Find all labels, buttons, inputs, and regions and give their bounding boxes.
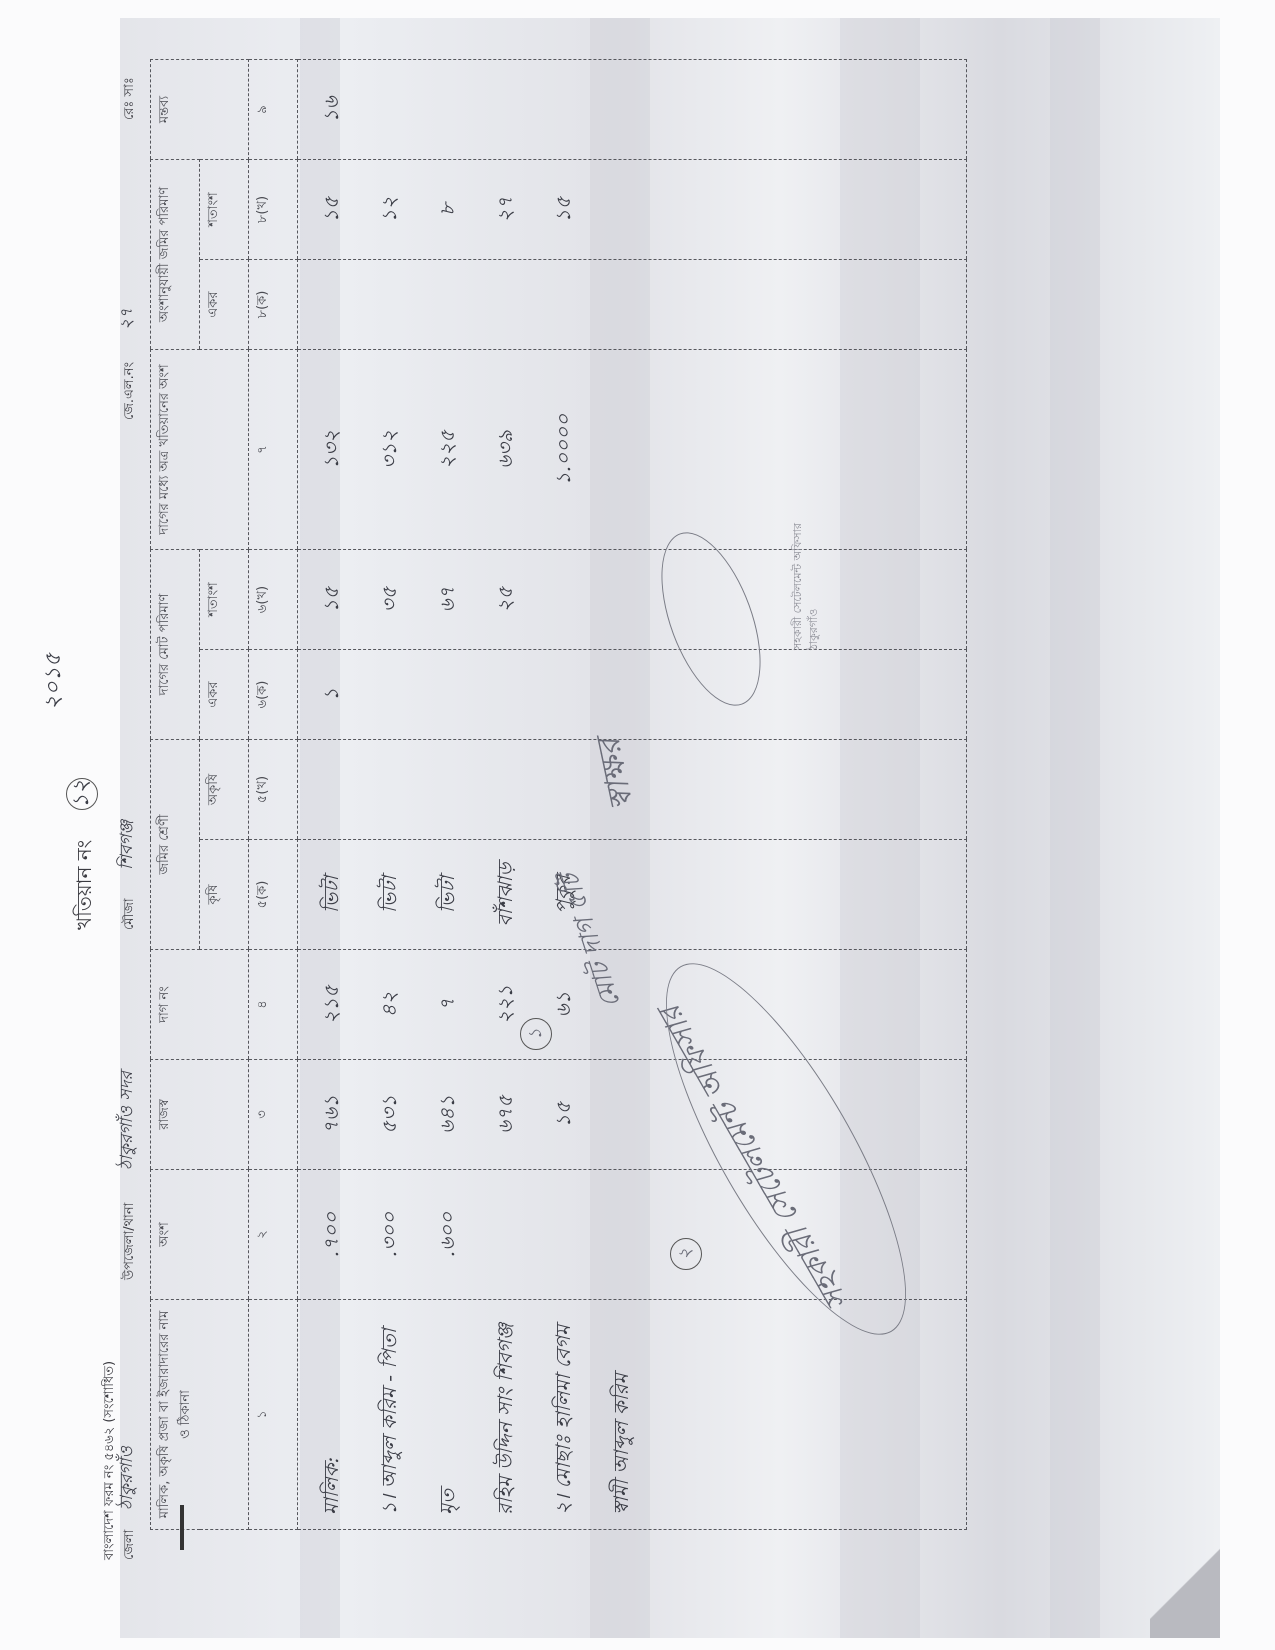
col-group-land-class: জমির শ্রেণী xyxy=(151,740,200,950)
col-num: ৬(খ) xyxy=(249,550,298,650)
cell-value: ১৩২ xyxy=(302,356,360,543)
cell-value: ২২৫ xyxy=(418,356,476,543)
upazila-value: ঠাকুরগাঁও সদর xyxy=(114,1071,142,1170)
col-share: অংশ xyxy=(151,1170,249,1300)
cell-value: .৭০০ xyxy=(302,1176,360,1293)
share-percent-cell: ১৫১২৮২৭১৫ xyxy=(298,160,967,260)
cell-value: .৬০০ xyxy=(418,1176,476,1293)
col-nonagri: অকৃষি xyxy=(200,740,249,840)
col-num: ৮(খ) xyxy=(249,160,298,260)
owner-cell: মালিক:১। আব্দুল করিম - পিতা মৃতরহিম উদ্দ… xyxy=(298,1300,967,1530)
cell-value: ২। মোছাঃ হালিমা বেগম xyxy=(534,1306,592,1515)
cell-value: ১.০০০০ xyxy=(534,356,592,543)
cell-value: ২৫ xyxy=(476,556,534,643)
col-agri: কৃষি xyxy=(200,840,249,950)
upazila-label: উপজেলা/থানা xyxy=(120,1203,141,1280)
col-num: ১ xyxy=(249,1300,298,1530)
col-num: ৭ xyxy=(249,350,298,550)
cell-value: ভিটা xyxy=(302,846,360,943)
col-revenue: রাজস্ব xyxy=(151,1060,249,1170)
dag-cell: ২১৫৪২৭২২১৬১ xyxy=(298,950,967,1060)
cell-value: ২৭ xyxy=(476,166,534,253)
cell-value: ৬৭ xyxy=(418,556,476,643)
mouza-value: শিবগঞ্জ xyxy=(114,820,142,870)
district-value: ঠাকুরগাঁও xyxy=(114,1446,142,1510)
column-number-row: ১ ২ ৩ ৪ ৫(ক) ৫(খ) ৬(ক) ৬(খ) ৭ ৮(ক) ৮(খ) … xyxy=(249,60,298,1530)
share-acre-cell xyxy=(298,260,967,350)
cell-value: রহিম উদ্দিন সাং শিবগঞ্জ xyxy=(476,1306,534,1515)
page-label: রেঃ সাঃ xyxy=(120,77,141,120)
cell-value: ৭ xyxy=(418,956,476,1053)
cell-value: ৪২ xyxy=(360,956,418,1053)
scan-mark xyxy=(180,1505,184,1550)
margin-note-1: ১ xyxy=(520,1018,552,1050)
total-acre-cell: ১ xyxy=(298,650,967,740)
cell-value: ১৫ xyxy=(534,1066,592,1163)
col-total-percent: শতাংশ xyxy=(200,550,249,650)
jl-label: জে.এল.নং xyxy=(120,362,141,420)
col-num: ৫(খ) xyxy=(249,740,298,840)
cell-value: ১। আব্দুল করিম - পিতা মৃত xyxy=(360,1306,476,1515)
khatian-share-cell: ১৩২৩১২২২৫৬৩৯১.০০০০ xyxy=(298,350,967,550)
col-num: ৫(ক) xyxy=(249,840,298,950)
cell-value: মালিক: xyxy=(302,1306,360,1515)
col-khatian-share: দাগের মধ্যে অত্র খতিয়ানের অংশ xyxy=(151,350,249,550)
cell-value: ১২ xyxy=(360,166,418,253)
cell-value: ১৫ xyxy=(302,166,360,253)
col-num: ৬(ক) xyxy=(249,650,298,740)
col-share-acre: একর xyxy=(200,260,249,350)
jl-value: ২৭ xyxy=(114,308,142,330)
district-label: জেলা xyxy=(120,1530,141,1560)
official-stamp: সহকারী সেটেলমেন্ট অফিসার ঠাকুরগাঁও xyxy=(790,500,822,650)
revenue-cell: ৭৬১৫৩১৬৪১৬৭৫১৫ xyxy=(298,1060,967,1170)
col-owner: মালিক, অকৃষি প্রজা বা ইজারাদারের নাম ও ঠ… xyxy=(151,1300,249,1530)
cell-value: স্বামী আব্দুল করিম xyxy=(592,1306,650,1515)
col-num: ৪ xyxy=(249,950,298,1060)
top-note: ২০১৫ xyxy=(36,653,73,710)
cell-value: ৬৭৫ xyxy=(476,1066,534,1163)
cell-value: ৮ xyxy=(418,166,476,253)
col-remarks: মন্তব্য xyxy=(151,60,249,160)
cell-value: ১ xyxy=(302,656,360,733)
khatian-label: খতিয়ান নং xyxy=(70,840,103,930)
khatian-form: বাংলাদেশ ফরম নং ৫৪৬২ (সংশোধিত) খতিয়ান ন… xyxy=(30,10,1030,1570)
margin-note-2: ২ xyxy=(670,1238,702,1270)
col-num: ৯ xyxy=(249,60,298,160)
col-dag: দাগ নং xyxy=(151,950,249,1060)
col-num: ৩ xyxy=(249,1060,298,1170)
cell-value: ১৫ xyxy=(302,556,360,643)
cell-value: ১৫ xyxy=(534,166,592,253)
form-header: বাংলাদেশ ফরম নং ৫৪৬২ (সংশোধিত) খতিয়ান ন… xyxy=(30,10,140,1570)
col-num: ৮(ক) xyxy=(249,260,298,350)
cell-value: বাঁশঝাড় xyxy=(476,846,534,943)
cell-value: ৬৩৯ xyxy=(476,356,534,543)
agri-class-cell: ভিটাভিটাভিটাবাঁশঝাড়পুকুর xyxy=(298,840,967,950)
cell-value: ৭৬১ xyxy=(302,1066,360,1163)
col-group-total-area: দাগের মোট পরিমাণ xyxy=(151,550,200,740)
mouza-label: মৌজা xyxy=(120,898,141,930)
cell-value: ভিটা xyxy=(360,846,418,943)
cell-value: ৩১২ xyxy=(360,356,418,543)
scan-shadow xyxy=(1050,18,1100,1638)
col-group-share-area: অংশানুযায়ী জমির পরিমাণ xyxy=(151,160,200,350)
col-num: ২ xyxy=(249,1170,298,1300)
column-header-row: মালিক, অকৃষি প্রজা বা ইজারাদারের নাম ও ঠ… xyxy=(151,60,200,1530)
cell-value: ৬৪১ xyxy=(418,1066,476,1163)
remarks-cell: ১৬ xyxy=(298,60,967,160)
cell-value: ১৬ xyxy=(302,66,360,153)
cell-value: ভিটা xyxy=(418,846,476,943)
cell-value: .৩০০ xyxy=(360,1176,418,1293)
cell-value: ৫৩১ xyxy=(360,1066,418,1163)
cell-value: ২১৫ xyxy=(302,956,360,1053)
cell-value: ৩৫ xyxy=(360,556,418,643)
col-total-acre: একর xyxy=(200,650,249,740)
total-percent-cell: ১৫৩৫৬৭২৫ xyxy=(298,550,967,650)
khatian-number: ১২ xyxy=(66,778,98,810)
col-share-percent: শতাংশ xyxy=(200,160,249,260)
